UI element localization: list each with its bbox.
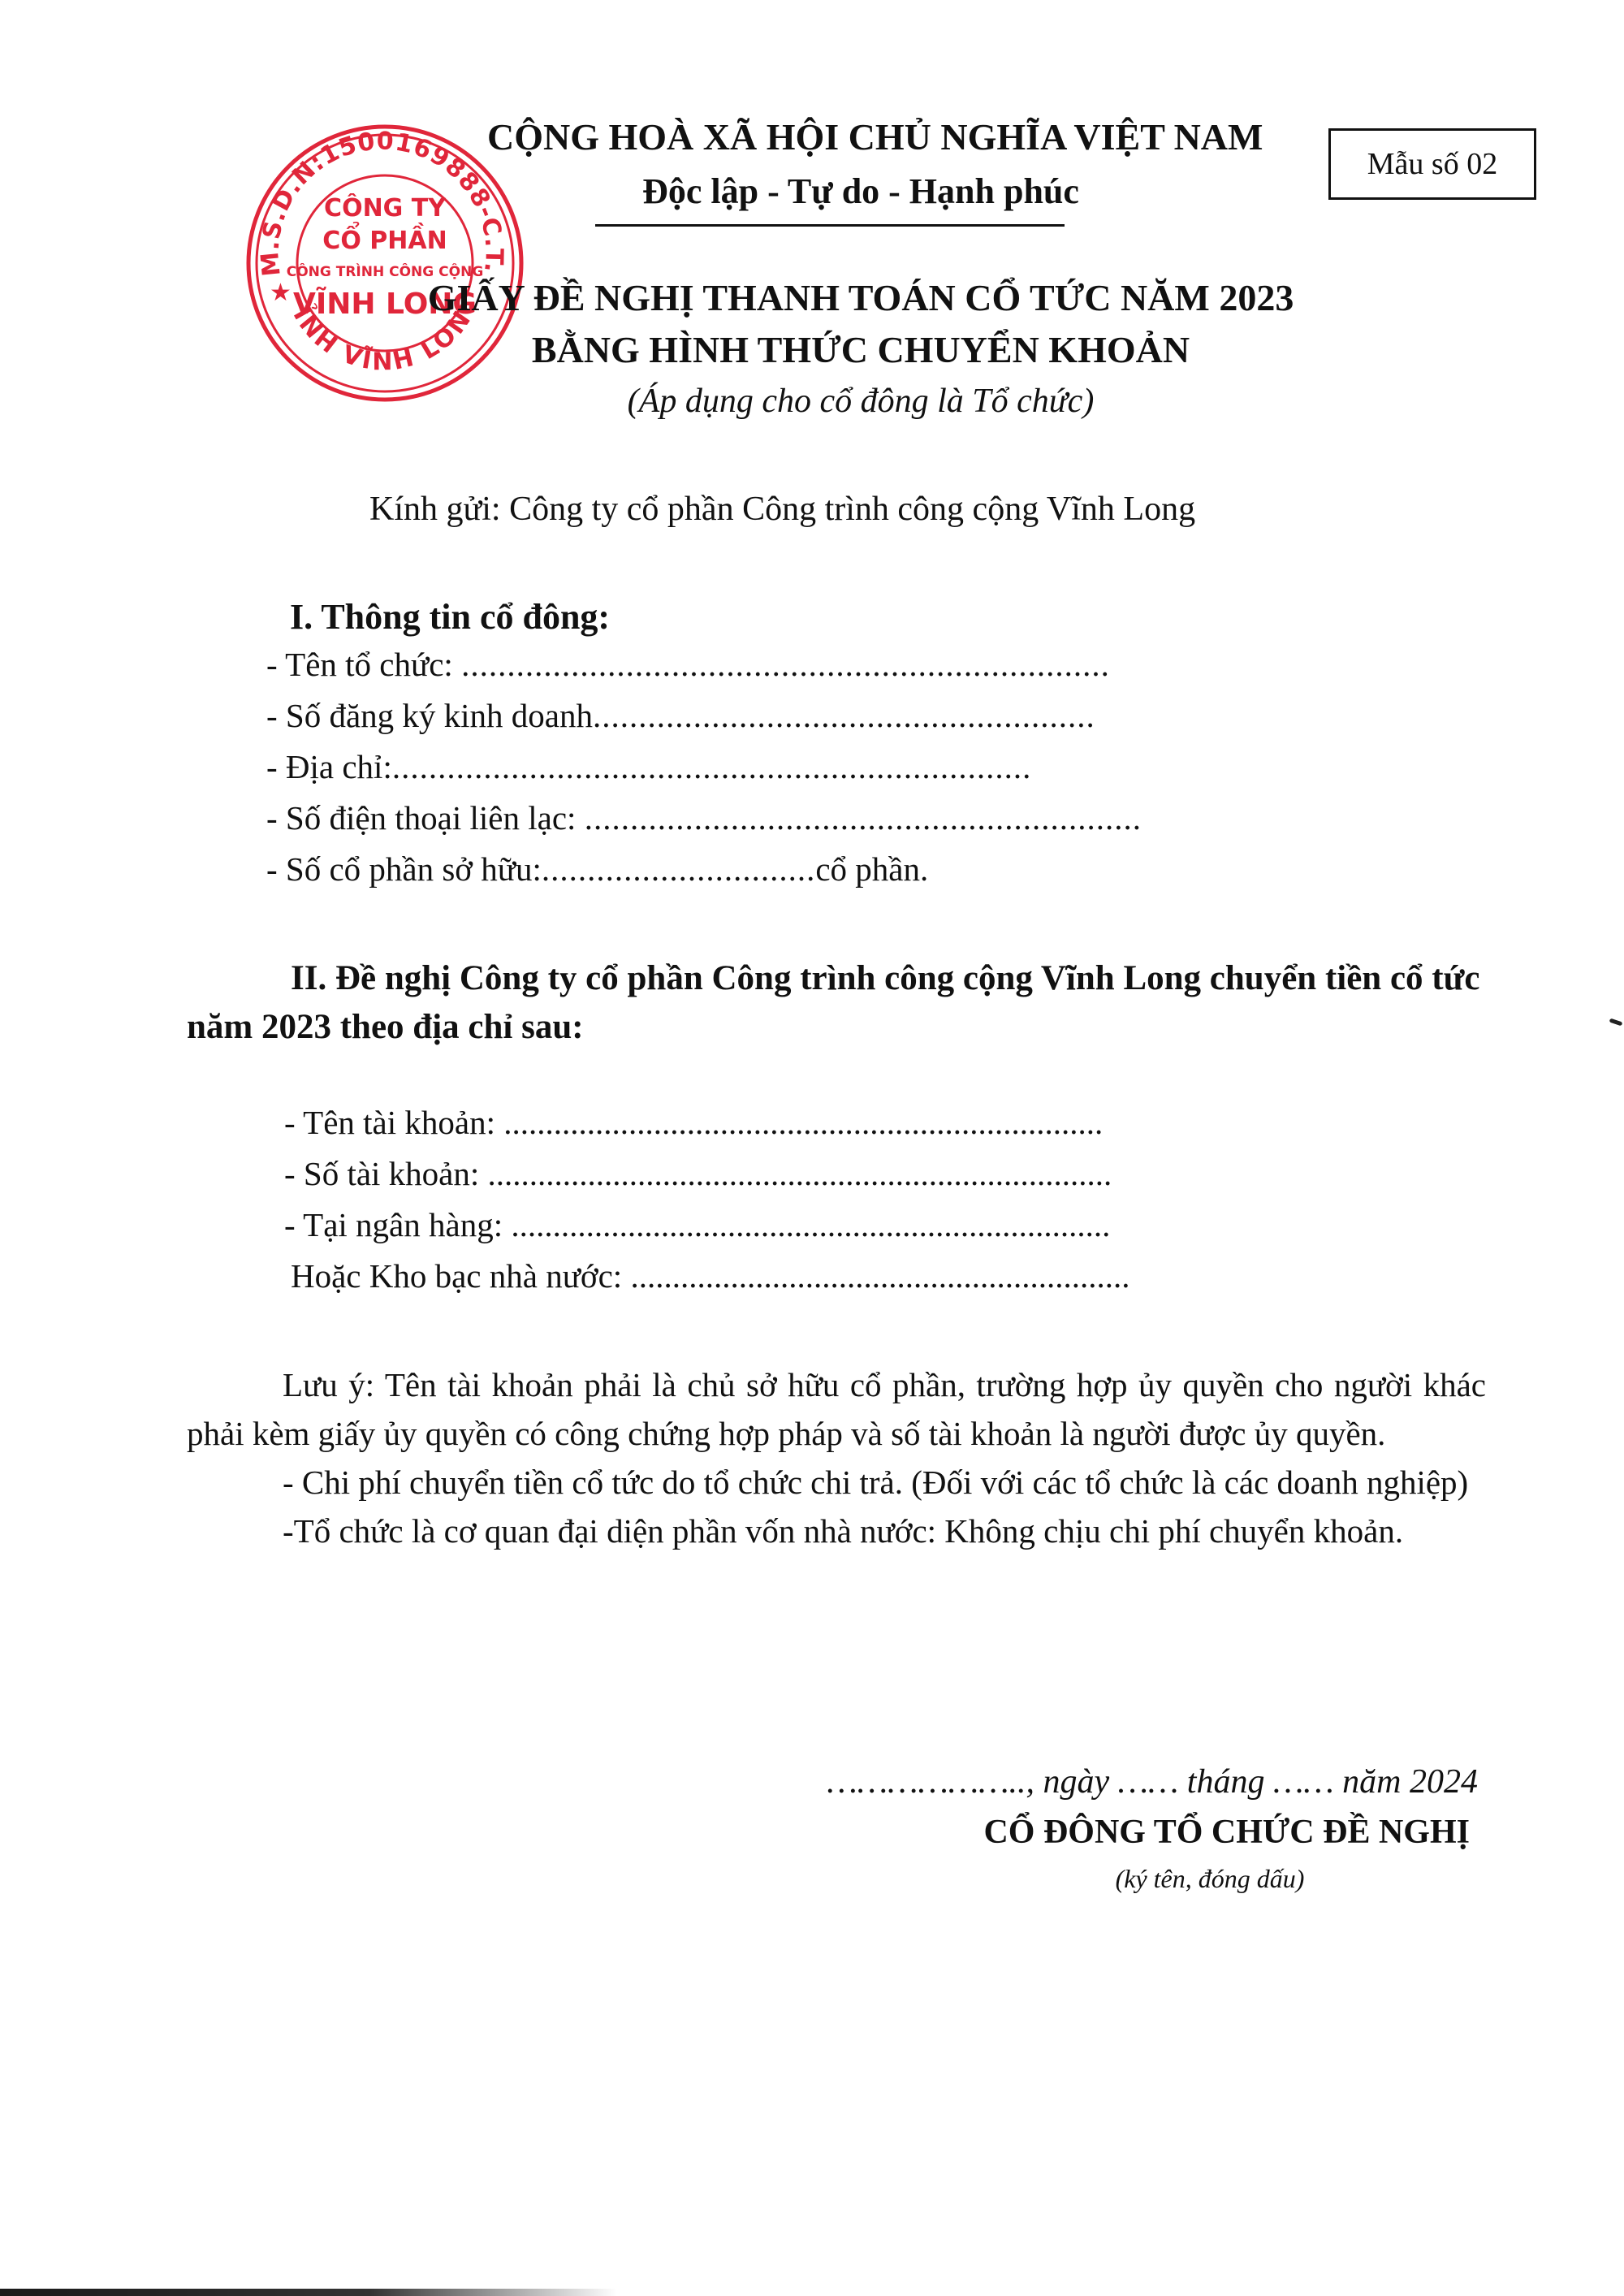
field-label: - Số đăng ký kinh doanh xyxy=(266,697,593,734)
field-organization-name[interactable]: - Tên tổ chức: .........................… xyxy=(266,645,1110,684)
star-icon: ★ xyxy=(270,279,292,307)
fill-in-blank[interactable]: ........................................… xyxy=(461,646,1110,683)
field-shares-owned[interactable]: - Số cổ phần sở hữu:....................… xyxy=(266,850,928,889)
field-state-treasury[interactable]: Hoặc Kho bạc nhà nước: .................… xyxy=(291,1256,1129,1295)
svg-text:CÔNG TY: CÔNG TY xyxy=(324,192,447,223)
national-motto: Độc lập - Tự do - Hạnh phúc xyxy=(487,171,1234,212)
fill-in-blank[interactable]: ........................................… xyxy=(585,799,1142,837)
fill-in-blank[interactable]: ........................................… xyxy=(511,1206,1110,1243)
note-paragraph: - Chi phí chuyển tiền cổ tức do tổ chức … xyxy=(187,1458,1486,1507)
field-label: - Số cổ phần sở hữu: xyxy=(266,850,542,888)
fill-in-blank[interactable]: ........................................… xyxy=(503,1104,1103,1141)
document-title-line2: BẰNG HÌNH THỨC CHUYỂN KHOẢN xyxy=(390,328,1332,371)
notes-block: Lưu ý: Tên tài khoản phải là chủ sở hữu … xyxy=(187,1360,1486,1555)
note-paragraph: Lưu ý: Tên tài khoản phải là chủ sở hữu … xyxy=(187,1360,1486,1458)
field-account-number[interactable]: - Số tài khoản: ........................… xyxy=(284,1154,1112,1193)
field-label: - Tại ngân hàng: xyxy=(284,1206,511,1243)
note-paragraph: -Tổ chức là cơ quan đại diện phần vốn nh… xyxy=(187,1507,1486,1555)
svg-text:CỔ PHẦN: CỔ PHẦN xyxy=(322,221,447,255)
field-bank[interactable]: - Tại ngân hàng: .......................… xyxy=(284,1205,1110,1244)
form-number: Mẫu số 02 xyxy=(1367,146,1497,182)
field-business-registration[interactable]: - Số đăng ký kinh doanh.................… xyxy=(266,696,1095,735)
fill-in-blank[interactable]: ........................................… xyxy=(593,697,1095,734)
form-number-box: Mẫu số 02 xyxy=(1328,128,1536,200)
section2-heading: II. Đề nghị Công ty cổ phần Công trình c… xyxy=(187,954,1486,1052)
recipient-line: Kính gửi: Công ty cổ phần Công trình côn… xyxy=(369,490,1195,529)
fill-in-blank[interactable]: ........................................… xyxy=(630,1257,1129,1295)
signature-hint: (ký tên, đóng dấu) xyxy=(1039,1864,1380,1894)
document-title: GIẤY ĐỀ NGHỊ THANH TOÁN CỔ TỨC NĂM 2023 xyxy=(390,276,1332,319)
field-label: - Địa chỉ: xyxy=(266,748,392,785)
motto-underline xyxy=(595,224,1065,227)
field-label: - Số điện thoại liên lạc: xyxy=(266,799,585,837)
section1-heading: I. Thông tin cổ đông: xyxy=(290,596,610,638)
fill-in-blank[interactable]: .............................. xyxy=(542,850,816,888)
fill-in-blank[interactable]: ........................................… xyxy=(392,748,1032,785)
field-label: - Tên tổ chức: xyxy=(266,646,461,683)
field-label: - Tên tài khoản: xyxy=(284,1104,503,1141)
scan-artifact xyxy=(1609,1018,1623,1027)
field-label: Hoặc Kho bạc nhà nước: xyxy=(291,1257,630,1295)
document-subtitle: (Áp dụng cho cổ đông là Tổ chức) xyxy=(390,382,1332,421)
scan-edge-shadow xyxy=(0,2289,617,2296)
signer-title: CỔ ĐÔNG TỔ CHỨC ĐỀ NGHỊ xyxy=(747,1813,1478,1852)
field-label: - Số tài khoản: xyxy=(284,1155,488,1192)
field-account-name[interactable]: - Tên tài khoản: .......................… xyxy=(284,1103,1103,1142)
field-address[interactable]: - Địa chỉ:..............................… xyxy=(266,747,1031,786)
field-suffix: cổ phần. xyxy=(815,850,928,888)
national-title: CỘNG HOÀ XÃ HỘI CHỦ NGHĨA VIỆT NAM xyxy=(487,115,1234,158)
fill-in-blank[interactable]: ........................................… xyxy=(488,1155,1112,1192)
field-phone[interactable]: - Số điện thoại liên lạc: ..............… xyxy=(266,798,1142,837)
date-line: ……………….., ngày …… tháng …… năm 2024 xyxy=(747,1762,1478,1801)
